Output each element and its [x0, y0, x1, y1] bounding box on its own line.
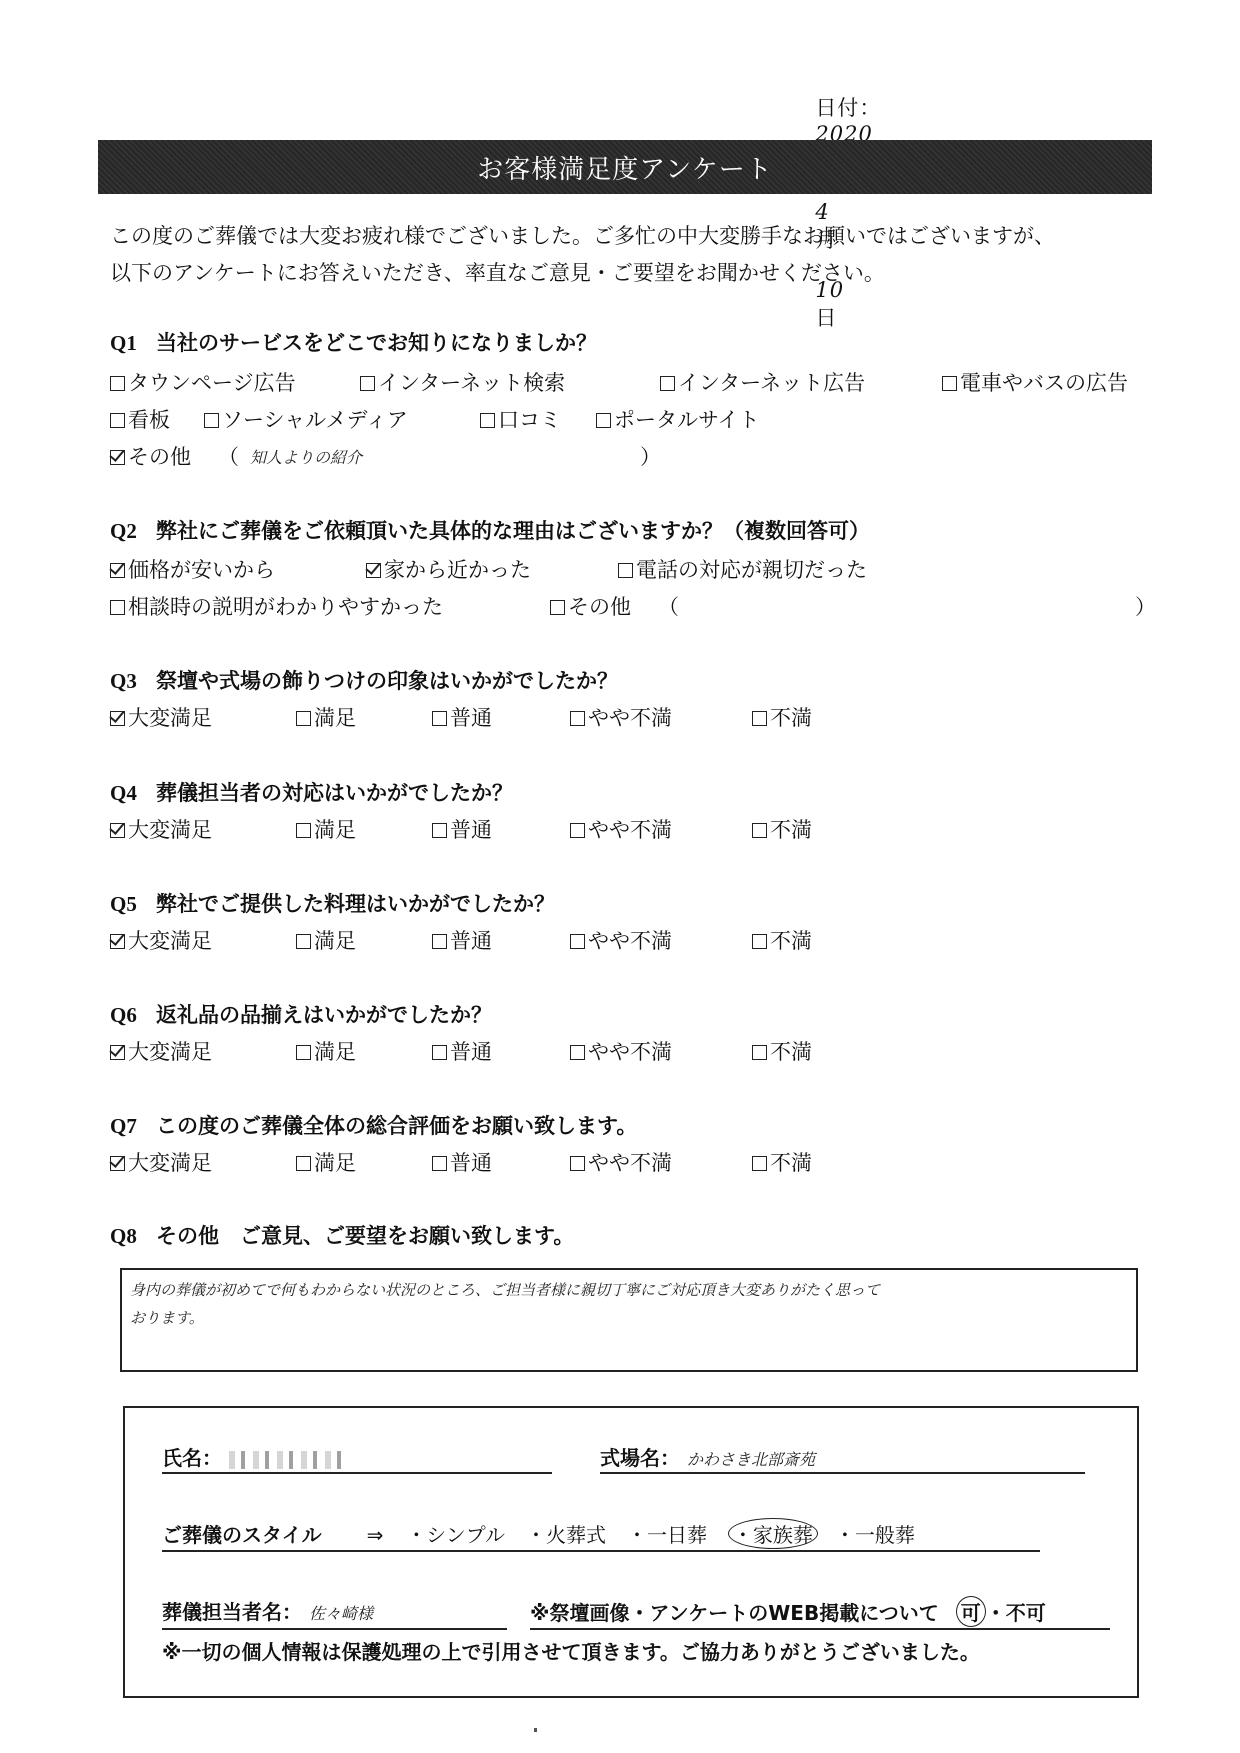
q1-option-other[interactable]: その他: [110, 439, 191, 476]
paren-open: （: [658, 589, 679, 626]
staff-value: 佐々崎様: [309, 1604, 373, 1623]
web-permission-label: ※祭壇画像・アンケートのWEB掲載について: [530, 1601, 939, 1625]
survey-date: 日付： 2020 年 4 月 10 日: [800, 68, 881, 332]
style-option-one-day[interactable]: ・一日葬: [627, 1523, 707, 1547]
checkbox-checked-icon[interactable]: [110, 563, 125, 578]
q1-options-row3: その他 （ 知人よりの紹介 ）: [110, 439, 670, 476]
redacted-name: [229, 1451, 349, 1469]
checkbox-icon[interactable]: [480, 413, 495, 428]
checkbox-icon[interactable]: [110, 413, 125, 428]
title-banner: お客様満足度アンケート: [98, 140, 1152, 194]
checkbox-icon[interactable]: [432, 711, 447, 726]
q1-option-internet-search[interactable]: インターネット検索: [360, 365, 565, 402]
comment-line: 身内の葬儀が初めてで何もわからない状況のところ、ご担当者様に親切丁寧にご対応頂き…: [130, 1276, 1128, 1304]
checkbox-icon[interactable]: [296, 823, 311, 838]
q5-option-neutral[interactable]: 普通: [432, 923, 492, 960]
checkbox-icon[interactable]: [110, 600, 125, 615]
privacy-note: ※一切の個人情報は保護処理の上で引用させて頂きます。ご協力ありがとうございました…: [162, 1636, 980, 1665]
q1-option-signboard[interactable]: 看板: [110, 402, 170, 439]
checkbox-icon[interactable]: [752, 1045, 767, 1060]
q1-option-portal-site[interactable]: ポータルサイト: [596, 402, 760, 439]
intro-line: この度のご葬儀では大変お疲れ様でございました。ご多忙の中大変勝手なお願いではござ…: [110, 218, 1055, 255]
q8-comment-box[interactable]: 身内の葬儀が初めてで何もわからない状況のところ、ご担当者様に親切丁寧にご対応頂き…: [120, 1268, 1138, 1372]
q6-option-somewhat-dissatisfied[interactable]: やや不満: [570, 1034, 672, 1071]
q3-number: Q3: [110, 669, 156, 694]
q2-number: Q2: [110, 519, 156, 544]
checkbox-checked-icon[interactable]: [110, 1156, 125, 1171]
intro-line: 以下のアンケートにお答えいただき、率直なご意見・ご要望をお聞かせください。: [110, 255, 1055, 292]
q4-option-very-satisfied[interactable]: 大変満足: [110, 812, 212, 849]
q4-title: Q4葬儀担当者の対応はいかがでしたか？: [110, 777, 513, 807]
q2-options-row1: 価格が安いから 家から近かった 電話の対応が親切だった: [110, 552, 1150, 589]
style-option-simple[interactable]: ・シンプル: [406, 1523, 505, 1547]
q5-option-very-satisfied[interactable]: 大変満足: [110, 923, 212, 960]
q3-rating-row: 大変満足 満足 普通 やや不満 不満: [110, 700, 870, 737]
q1-option-social-media[interactable]: ソーシャルメディア: [204, 402, 408, 439]
q3-option-somewhat-dissatisfied[interactable]: やや不満: [570, 700, 672, 737]
checkbox-icon[interactable]: [432, 934, 447, 949]
checkbox-icon[interactable]: [570, 711, 585, 726]
q5-text: 弊社でご提供した料理はいかがでしたか？: [156, 892, 555, 916]
checkbox-icon[interactable]: [432, 1156, 447, 1171]
q8-text: その他 ご意見、ご要望をお願い致します。: [156, 1224, 574, 1248]
checkbox-icon[interactable]: [570, 934, 585, 949]
q3-option-neutral[interactable]: 普通: [432, 700, 492, 737]
q7-option-satisfied[interactable]: 満足: [296, 1145, 356, 1182]
q8-title: Q8その他 ご意見、ご要望をお願い致します。: [110, 1220, 574, 1250]
checkbox-icon[interactable]: [942, 376, 957, 391]
q4-rating-row: 大変満足 満足 普通 やや不満 不満: [110, 812, 870, 849]
style-option-general[interactable]: ・一般葬: [835, 1523, 915, 1547]
staff-label: 葬儀担当者名：: [162, 1600, 302, 1624]
q4-text: 葬儀担当者の対応はいかがでしたか？: [156, 781, 513, 805]
q6-option-neutral[interactable]: 普通: [432, 1034, 492, 1071]
checkbox-icon[interactable]: [570, 823, 585, 838]
checkbox-icon[interactable]: [752, 823, 767, 838]
checkbox-icon[interactable]: [296, 711, 311, 726]
style-option-family-circled[interactable]: ・家族葬: [728, 1518, 818, 1549]
q1-options-row1: タウンページ広告 インターネット検索 インターネット広告 電車やバスの広告: [110, 365, 1150, 402]
q1-text: 当社のサービスをどこでお知りになりましか？: [156, 331, 597, 355]
checkbox-icon[interactable]: [752, 1156, 767, 1171]
paren-open: （: [218, 439, 239, 476]
q5-number: Q5: [110, 892, 156, 917]
checkbox-icon[interactable]: [570, 1156, 585, 1171]
q7-option-somewhat-dissatisfied[interactable]: やや不満: [570, 1145, 672, 1182]
q2-options-row2: 相談時の説明がわかりやすかった その他 （ ）: [110, 589, 1150, 626]
paren-close: ）: [1135, 589, 1156, 626]
q1-option-word-of-mouth[interactable]: 口コミ: [480, 402, 561, 439]
q7-number: Q7: [110, 1114, 156, 1139]
venue-field[interactable]: 式場名： かわさき北部斎苑: [600, 1442, 1085, 1474]
checkbox-checked-icon[interactable]: [110, 934, 125, 949]
q1-option-internet-ad[interactable]: インターネット広告: [660, 365, 865, 402]
q7-title: Q7この度のご葬儀全体の総合評価をお願い致します。: [110, 1110, 637, 1140]
web-permission-ng[interactable]: 不可: [1006, 1601, 1046, 1625]
comment-line: おります。: [130, 1304, 1128, 1332]
checkbox-checked-icon[interactable]: [110, 823, 125, 838]
venue-label: 式場名：: [600, 1446, 680, 1470]
q4-option-somewhat-dissatisfied[interactable]: やや不満: [570, 812, 672, 849]
q4-option-satisfied[interactable]: 満足: [296, 812, 356, 849]
date-day-unit: 日: [815, 306, 837, 330]
checkbox-icon[interactable]: [570, 1045, 585, 1060]
q4-option-dissatisfied[interactable]: 不満: [752, 812, 812, 849]
checkbox-icon[interactable]: [752, 711, 767, 726]
q2-text: 弊社にご葬儀をご依頼頂いた具体的な理由はございますか？（複数回答可）: [156, 519, 870, 543]
name-field[interactable]: 氏名：: [162, 1442, 552, 1474]
q5-option-satisfied[interactable]: 満足: [296, 923, 356, 960]
q1-options-row2: 看板 ソーシャルメディア 口コミ ポータルサイト: [110, 402, 1150, 439]
q6-title: Q6返礼品の品揃えはいかがでしたか？: [110, 999, 492, 1029]
q7-text: この度のご葬儀全体の総合評価をお願い致します。: [156, 1114, 637, 1138]
q3-title: Q3祭壇や式場の飾りつけの印象はいかがでしたか？: [110, 665, 618, 695]
q2-option-low-price[interactable]: 価格が安いから: [110, 552, 275, 589]
q3-option-dissatisfied[interactable]: 不満: [752, 700, 812, 737]
q6-option-satisfied[interactable]: 満足: [296, 1034, 356, 1071]
q6-number: Q6: [110, 1003, 156, 1028]
q2-option-near-home[interactable]: 家から近かった: [366, 552, 531, 589]
checkbox-icon[interactable]: [110, 376, 125, 391]
q7-option-dissatisfied[interactable]: 不満: [752, 1145, 812, 1182]
q5-rating-row: 大変満足 満足 普通 やや不満 不満: [110, 923, 870, 960]
funeral-style-row: ご葬儀のスタイル ⇒ ・シンプル ・火葬式 ・一日葬 ・家族葬 ・一般葬: [162, 1518, 1040, 1552]
web-permission-row: ※祭壇画像・アンケートのWEB掲載について 可・不可: [530, 1596, 1110, 1630]
q1-title: Q1当社のサービスをどこでお知りになりましか？: [110, 327, 597, 357]
q1-option-townpage[interactable]: タウンページ広告: [110, 365, 296, 402]
q3-option-satisfied[interactable]: 満足: [296, 700, 356, 737]
q2-option-other[interactable]: その他: [550, 589, 631, 626]
checkbox-icon[interactable]: [296, 1045, 311, 1060]
style-option-cremation[interactable]: ・火葬式: [526, 1523, 606, 1547]
checkbox-icon[interactable]: [660, 376, 675, 391]
q6-rating-row: 大変満足 満足 普通 やや不満 不満: [110, 1034, 870, 1071]
q3-option-very-satisfied[interactable]: 大変満足: [110, 700, 212, 737]
checkbox-icon[interactable]: [296, 1156, 311, 1171]
checkbox-checked-icon[interactable]: [110, 1045, 125, 1060]
q4-option-neutral[interactable]: 普通: [432, 812, 492, 849]
intro-text: この度のご葬儀では大変お疲れ様でございました。ご多忙の中大変勝手なお願いではござ…: [110, 218, 1055, 292]
q4-number: Q4: [110, 781, 156, 806]
checkbox-icon[interactable]: [618, 563, 633, 578]
q7-option-neutral[interactable]: 普通: [432, 1145, 492, 1182]
q1-option-train-bus-ad[interactable]: 電車やバスの広告: [942, 365, 1128, 402]
q6-option-dissatisfied[interactable]: 不満: [752, 1034, 812, 1071]
q5-option-dissatisfied[interactable]: 不満: [752, 923, 812, 960]
q7-rating-row: 大変満足 満足 普通 やや不満 不満: [110, 1145, 870, 1182]
q2-option-clear-explanation[interactable]: 相談時の説明がわかりやすかった: [110, 589, 443, 626]
checkbox-checked-icon[interactable]: [110, 711, 125, 726]
checkbox-icon[interactable]: [596, 413, 611, 428]
q1-other-input[interactable]: 知人よりの紹介: [250, 439, 362, 476]
checkbox-icon[interactable]: [360, 376, 375, 391]
arrow-right-icon: ⇒: [367, 1523, 384, 1547]
checkbox-checked-icon[interactable]: [110, 450, 125, 465]
q5-title: Q5弊社でご提供した料理はいかがでしたか？: [110, 888, 555, 918]
date-label: 日付：: [815, 96, 881, 120]
q7-option-very-satisfied[interactable]: 大変満足: [110, 1145, 212, 1182]
q3-text: 祭壇や式場の飾りつけの印象はいかがでしたか？: [156, 669, 618, 693]
q6-text: 返礼品の品揃えはいかがでしたか？: [156, 1003, 492, 1027]
q5-option-somewhat-dissatisfied[interactable]: やや不満: [570, 923, 672, 960]
checkbox-icon[interactable]: [432, 823, 447, 838]
checkbox-icon[interactable]: [204, 413, 219, 428]
page-title: お客様満足度アンケート: [477, 149, 772, 186]
q8-number: Q8: [110, 1224, 156, 1249]
q6-option-very-satisfied[interactable]: 大変満足: [110, 1034, 212, 1071]
checkbox-icon[interactable]: [296, 934, 311, 949]
name-label: 氏名：: [162, 1446, 222, 1470]
q1-number: Q1: [110, 331, 156, 356]
q2-option-kind-phone[interactable]: 電話の対応が親切だった: [618, 552, 867, 589]
venue-value: かわさき北部斎苑: [687, 1450, 815, 1469]
scan-speck: [534, 1728, 537, 1732]
checkbox-icon[interactable]: [752, 934, 767, 949]
checkbox-checked-icon[interactable]: [366, 563, 381, 578]
checkbox-icon[interactable]: [432, 1045, 447, 1060]
q2-title: Q2弊社にご葬儀をご依頼頂いた具体的な理由はございますか？（複数回答可）: [110, 515, 870, 545]
web-permission-ok-circled[interactable]: 可: [956, 1596, 986, 1627]
paren-close: ）: [640, 439, 661, 476]
style-label: ご葬儀のスタイル: [162, 1523, 322, 1547]
staff-field[interactable]: 葬儀担当者名： 佐々崎様: [162, 1596, 507, 1630]
checkbox-icon[interactable]: [550, 600, 565, 615]
